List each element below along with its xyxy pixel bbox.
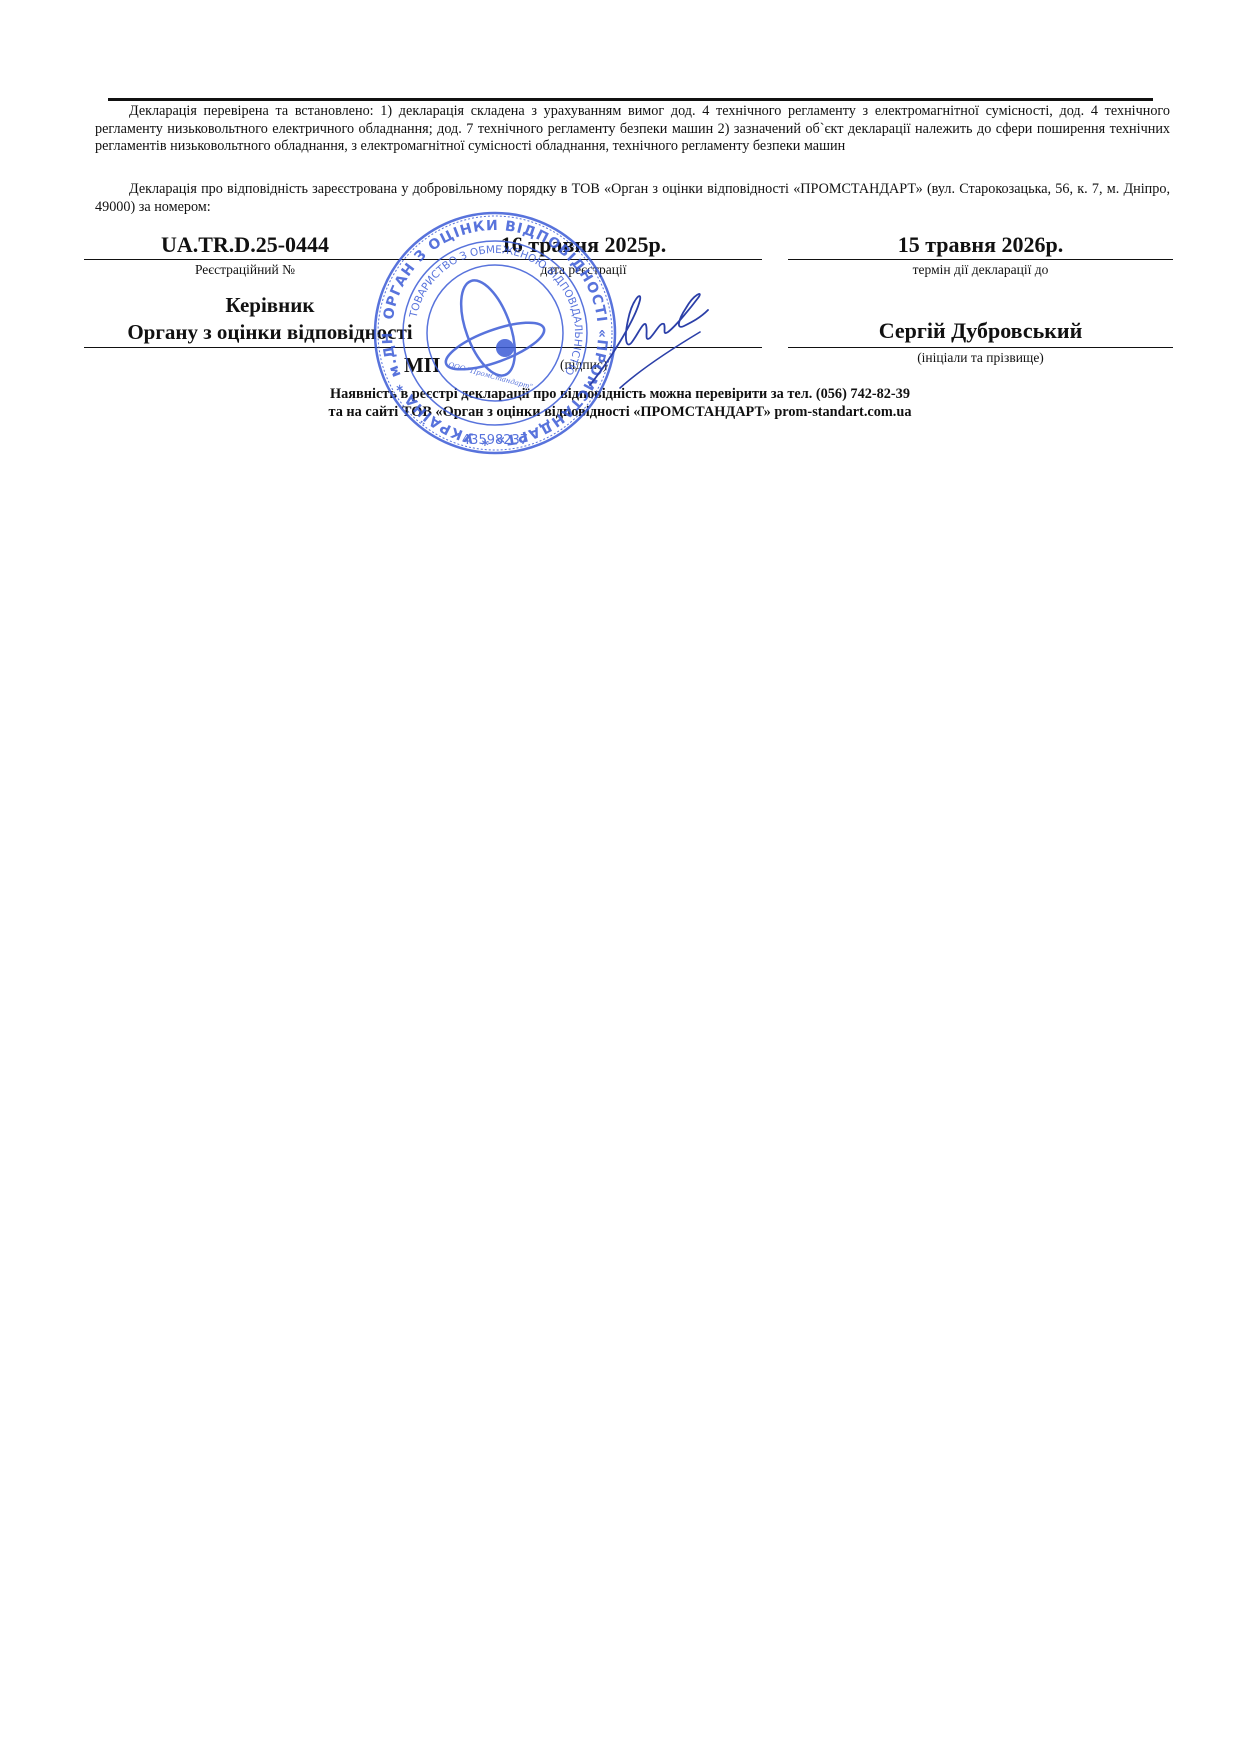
registration-number-caption: Реєстраційний № [84, 262, 406, 278]
registration-number-field: UA.TR.D.25-0444 Реєстраційний № [84, 232, 406, 278]
underline [788, 259, 1173, 260]
registration-paragraph: Декларація про відповідність зареєстрова… [95, 181, 1170, 216]
expiry-date-caption: термін дії декларації до [788, 262, 1173, 278]
expiry-date: 15 травня 2026р. [788, 232, 1173, 258]
registry-check-line2: та на сайті ТОВ «Орган з оцінки відповід… [200, 403, 1040, 421]
svg-text:43598237: 43598237 [462, 433, 528, 448]
signatory-name-caption: (ініціали та прізвище) [788, 350, 1173, 366]
verification-paragraph: Декларація перевірена та встановлено: 1)… [95, 103, 1170, 156]
registry-check-note: Наявність в реєстрі декларації про відпо… [200, 385, 1040, 421]
top-rule [108, 98, 1153, 101]
underline [84, 259, 406, 260]
registration-number: UA.TR.D.25-0444 [84, 232, 406, 258]
name-line [788, 347, 1173, 348]
signatory-name: Сергій Дубровський [788, 318, 1173, 344]
expiry-date-field: 15 травня 2026р. термін дії декларації д… [788, 232, 1173, 278]
signature-icon [580, 280, 730, 390]
